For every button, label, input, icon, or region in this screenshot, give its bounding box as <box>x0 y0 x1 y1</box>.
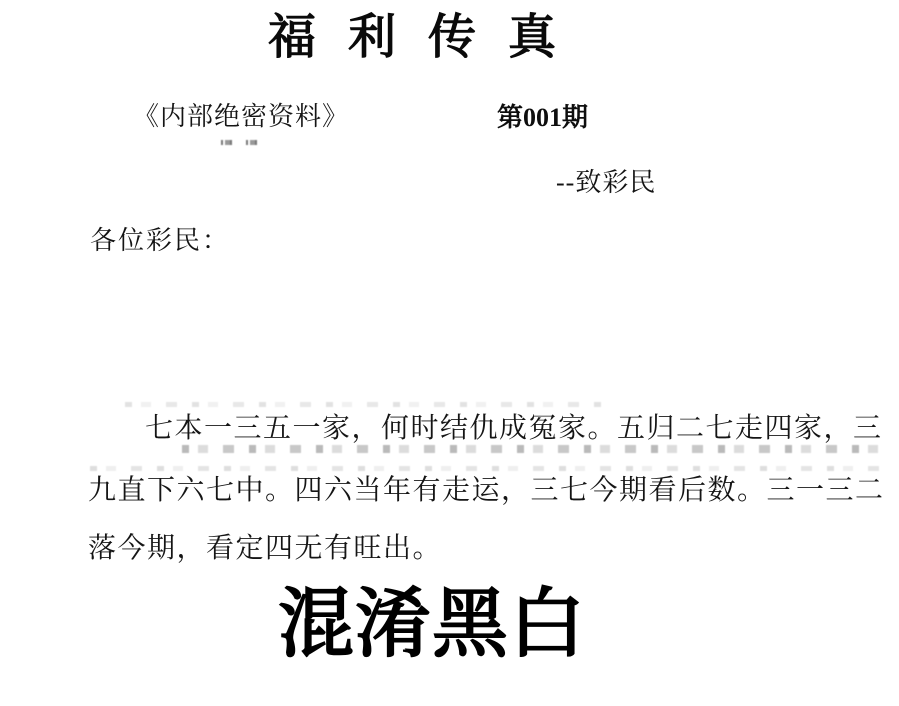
salutation: 各位彩民： <box>90 224 230 258</box>
letter-body-line: 七本一三五一家，何时结仇成冤家。五归二七走四家，三 <box>145 411 883 447</box>
erased-text-remnant-strip <box>125 402 605 407</box>
document-title: 福利传真 <box>268 10 588 66</box>
smudge-mark <box>221 140 232 145</box>
dedication-line: --致彩民 <box>556 166 656 200</box>
fax-document-page: 福利传真 《内部绝密资料》 第001期 --致彩民 各位彩民： 七本一三五一家，… <box>0 0 899 706</box>
erased-text-remnant-strip <box>182 445 880 453</box>
letter-body-line: 九直下六七中。四六当年有走运，三七今期看后数。三一三二 <box>88 473 885 509</box>
issue-number: 第001期 <box>497 101 588 135</box>
letter-body-line: 落今期，看定四无有旺出。 <box>88 531 442 567</box>
confidential-subtitle: 《内部绝密资料》 <box>133 100 349 134</box>
erased-text-remnant-strip <box>90 466 888 471</box>
bottom-headline: 混淆黑白 <box>278 580 586 670</box>
erased-text-remnant-dots <box>221 140 263 147</box>
smudge-mark <box>246 140 257 145</box>
